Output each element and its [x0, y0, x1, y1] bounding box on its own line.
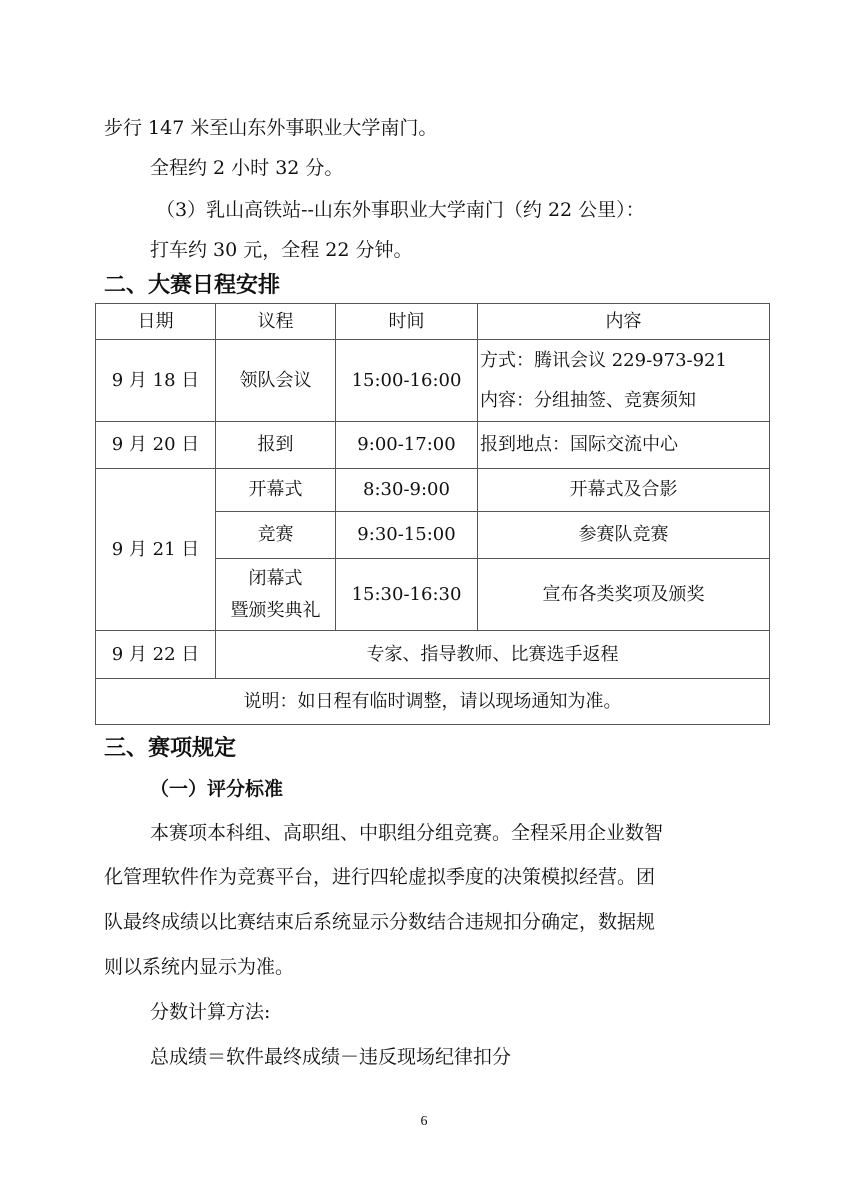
subsection-heading-scoring: （一）评分标准: [150, 777, 283, 801]
header-agenda: 议程: [216, 304, 336, 340]
agenda-line: 暨颁奖典礼: [216, 595, 335, 627]
section-heading-rules: 三、赛项规定: [104, 736, 236, 762]
schedule-table: 日期 议程 时间 内容 9 月 18 日 领队会议 15:00-16:00 方式…: [95, 303, 770, 725]
table-note-row: 说明：如日程有临时调整，请以现场通知为准。: [96, 679, 770, 725]
content-line: 方式：腾讯会议 229-973-921: [480, 341, 769, 381]
paragraph-line: 化管理软件作为竞赛平台，进行四轮虚拟季度的决策模拟经营。团: [104, 865, 655, 889]
section-heading-schedule: 二、大赛日程安排: [104, 273, 280, 299]
agenda-line: 闭幕式: [216, 563, 335, 595]
table-header-row: 日期 议程 时间 内容: [96, 304, 770, 340]
cell-content: 专家、指导教师、比赛选手返程: [216, 631, 770, 679]
cell-content: 开幕式及合影: [478, 469, 770, 512]
table-row: 9 月 21 日 开幕式 8:30-9:00 开幕式及合影: [96, 469, 770, 512]
header-date: 日期: [96, 304, 216, 340]
table-row: 9 月 18 日 领队会议 15:00-16:00 方式：腾讯会议 229-97…: [96, 340, 770, 422]
cell-time: 15:00-16:00: [336, 340, 478, 422]
cell-time: 8:30-9:00: [336, 469, 478, 512]
header-time: 时间: [336, 304, 478, 340]
cell-agenda: 报到: [216, 422, 336, 469]
cell-date: 9 月 18 日: [96, 340, 216, 422]
cell-agenda: 领队会议: [216, 340, 336, 422]
cell-date: 9 月 22 日: [96, 631, 216, 679]
cell-time: 9:00-17:00: [336, 422, 478, 469]
table-note: 说明：如日程有临时调整，请以现场通知为准。: [96, 679, 770, 725]
cell-content: 参赛队竞赛: [478, 512, 770, 559]
paragraph-line: 本赛项本科组、高职组、中职组分组竞赛。全程采用企业数智: [150, 821, 663, 845]
score-formula: 总成绩＝软件最终成绩－违反现场纪律扣分: [150, 1045, 511, 1069]
cell-content: 方式：腾讯会议 229-973-921 内容：分组抽签、竞赛须知: [478, 340, 770, 422]
content-line: 内容：分组抽签、竞赛须知: [480, 381, 769, 421]
transport-line-2: 全程约 2 小时 32 分。: [150, 156, 343, 180]
cell-agenda: 开幕式: [216, 469, 336, 512]
paragraph-line: 队最终成绩以比赛结束后系统显示分数结合违规扣分确定，数据规: [104, 910, 655, 934]
calc-method-label: 分数计算方法:: [150, 1000, 270, 1024]
paragraph-line: 则以系统内显示为准。: [104, 955, 294, 979]
transport-line-1: 步行 147 米至山东外事职业大学南门。: [104, 116, 437, 140]
cell-time: 9:30-15:00: [336, 512, 478, 559]
cell-date: 9 月 21 日: [96, 469, 216, 631]
header-content: 内容: [478, 304, 770, 340]
transport-line-3: （3）乳山高铁站--山东外事职业大学南门（约 22 公里）：: [156, 198, 645, 222]
table-row: 9 月 20 日 报到 9:00-17:00 报到地点：国际交流中心: [96, 422, 770, 469]
transport-line-4: 打车约 30 元，全程 22 分钟。: [150, 238, 413, 262]
table-row: 9 月 22 日 专家、指导教师、比赛选手返程: [96, 631, 770, 679]
cell-time: 15:30-16:30: [336, 559, 478, 631]
cell-content: 报到地点：国际交流中心: [478, 422, 770, 469]
cell-agenda: 竞赛: [216, 512, 336, 559]
cell-agenda: 闭幕式 暨颁奖典礼: [216, 559, 336, 631]
cell-content: 宣布各类奖项及颁奖: [478, 559, 770, 631]
page-number: 6: [0, 1114, 848, 1130]
cell-date: 9 月 20 日: [96, 422, 216, 469]
